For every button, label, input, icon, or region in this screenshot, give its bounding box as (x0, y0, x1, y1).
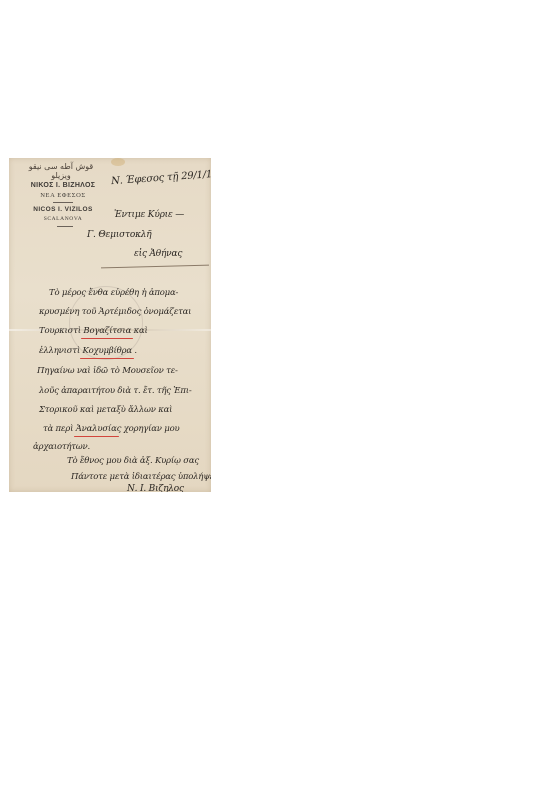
letter-salutation: Ἐντιμε Κύριε — (114, 210, 184, 220)
letterhead-name-latin: NICOS I. VIZILOS (11, 206, 115, 213)
body-line: κρυσμένη τοῦ Ἀρτέμιδος ὀνομάζεται (39, 307, 191, 317)
body-text: Τὸ μέρος ἔνθα εὑρέθη ἡ ἀπομα- (49, 288, 178, 298)
red-underlined-word: Κοχυμβίθρα (82, 346, 131, 356)
body-line: Στορικοῦ καὶ μεταξὺ ἄλλων καὶ (39, 405, 172, 415)
closing-line: Πάντοτε μετὰ ἰδιαιτέρας ὑπολήψεως (71, 472, 211, 482)
body-text: Στορικοῦ καὶ μεταξὺ ἄλλων καὶ (39, 405, 172, 415)
paper-stain (111, 158, 125, 166)
signature: Ν. Ι. Βιζηλος (127, 484, 184, 492)
body-text: ἑλληνιστὶ (39, 346, 82, 356)
body-text: Τουρκιστὶ (39, 326, 83, 336)
body-text: κρυσμένη τοῦ Ἀρτέμιδος ὀνομάζεται (39, 307, 191, 317)
body-text: τὰ περὶ (43, 424, 76, 434)
body-line: Τὸ μέρος ἔνθα εὑρέθη ἡ ἀπομα- (49, 288, 178, 298)
letterhead-divider (57, 226, 73, 227)
body-text: ἀρχαιοτήτων. (33, 442, 90, 452)
body-line: ἀρχαιοτήτων. (33, 442, 90, 452)
body-line: ἑλληνιστὶ Κοχυμβίθρα . (39, 346, 137, 356)
scanned-letter: قوش آطه سی نیقو ویزیلو ΝΙΚΟΣ Ι. ΒΙΖΗΛΟΣ … (9, 158, 211, 492)
body-line: Πηγαίνω ναὶ ἰδῶ τὸ Μουσεῖον τε- (37, 366, 178, 376)
body-text: λοῦς ἀπαραιτήτου διὰ τ. ἔτ. τῆς Ἐπι- (39, 386, 192, 396)
body-line: λοῦς ἀπαραιτήτου διὰ τ. ἔτ. τῆς Ἐπι- (39, 386, 192, 396)
body-text: ς χορηγίαν μου (117, 424, 180, 434)
body-line: τὰ περὶ Ἀναλυσίας χορηγίαν μου (43, 424, 179, 434)
body-text: Πηγαίνω ναὶ ἰδῶ τὸ Μουσεῖον τε- (37, 366, 178, 376)
body-text: καὶ (131, 326, 148, 336)
body-text: . (132, 346, 137, 356)
body-line: Τουρκιστὶ Βογαζίτσια καὶ (39, 326, 148, 336)
letter-addressee: Γ. Θεμιστοκλῆ (87, 230, 152, 240)
letterhead-town-latin: SCALANOVA (11, 216, 115, 222)
red-underlined-word: Ἀναλυσία (76, 424, 117, 434)
letter-addressee-city: εἰς Ἀθήνας (134, 249, 182, 259)
letterhead-town-greek: ΝΕΑ ΕΦΕΣΟΣ (11, 192, 115, 199)
closing-line: Τὸ ἔθνος μου διὰ ἀξ. Κυρίῳ σας (67, 456, 199, 466)
address-underline (101, 265, 209, 269)
red-underlined-word: Βογαζίτσια (83, 326, 131, 336)
letter-date: Ν. Έφεσος τῇ 29/1/1909 (111, 168, 211, 187)
letterhead-divider (53, 202, 73, 203)
letterhead-name-greek: ΝΙΚΟΣ Ι. ΒΙΖΗΛΟΣ (11, 182, 115, 189)
letterhead-ottoman-line: قوش آطه سی نیقو ویزیلو (21, 162, 101, 180)
